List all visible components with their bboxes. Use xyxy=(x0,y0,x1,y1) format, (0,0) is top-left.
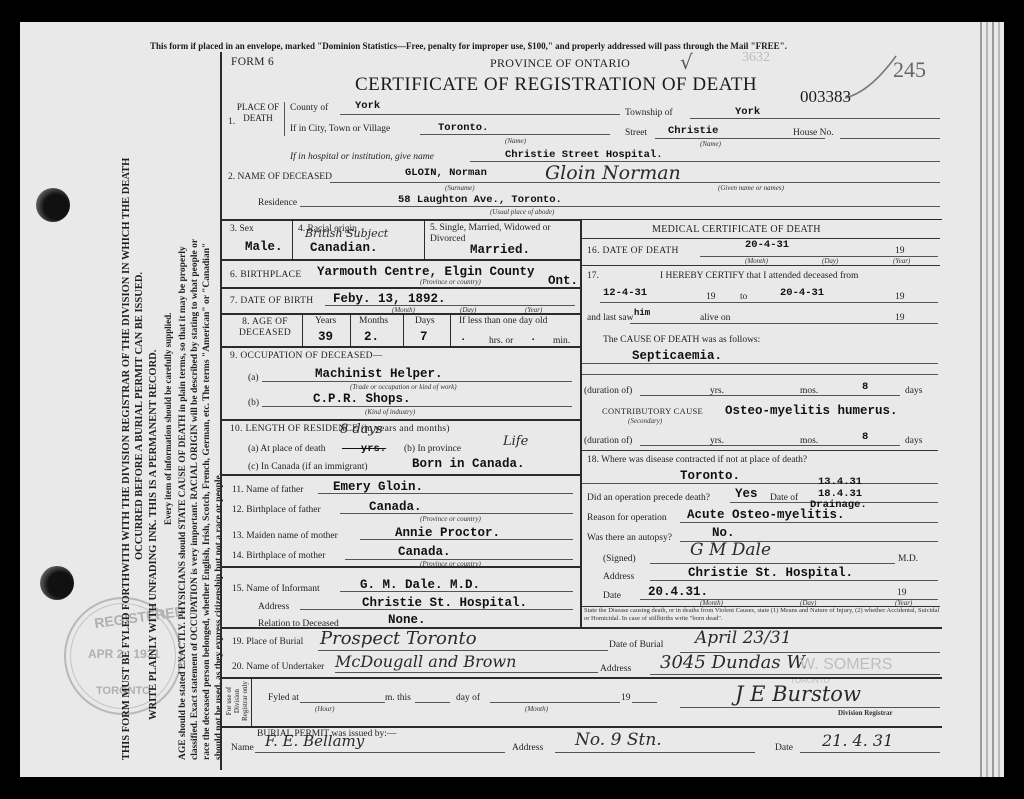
place-of-burial-label: 19. Place of Burial xyxy=(232,637,303,647)
in-province-value: Life xyxy=(503,434,528,449)
field-line xyxy=(318,650,608,651)
certify-text: I HEREBY CERTIFY that I attended decease… xyxy=(660,271,858,281)
hours-label: hrs. or xyxy=(489,336,513,346)
field-line xyxy=(340,114,620,115)
mother-birthplace-label: 14. Birthplace of mother xyxy=(232,551,325,561)
divider xyxy=(222,346,580,348)
residence-value: 58 Laughton Ave., Toronto. xyxy=(398,194,562,206)
permit-name-value: F. E. Bellamy xyxy=(265,732,364,750)
father-birthplace-value: Canada. xyxy=(369,500,422,514)
date-of-death-label: 16. DATE OF DEATH xyxy=(587,246,679,256)
registration-number: 003383 xyxy=(800,87,851,107)
operation-date-1: 13.4.31 xyxy=(818,476,862,488)
punch-hole xyxy=(36,188,70,222)
section-number: 1. xyxy=(228,117,235,127)
certificate-date-label: Date xyxy=(603,591,621,601)
last-saw-label: and last saw xyxy=(587,313,633,323)
divider xyxy=(222,677,942,679)
caption: (Name) xyxy=(700,140,721,148)
certificate-title: CERTIFICATE OF REGISTRATION OF DEATH xyxy=(355,74,757,96)
divider xyxy=(222,259,580,261)
year-prefix: 19 xyxy=(895,313,905,323)
field-line xyxy=(262,406,572,407)
undertaker-value: McDougall and Brown xyxy=(335,652,516,671)
at-place-of-death-value: 8 days xyxy=(340,422,383,437)
street-value: Christie xyxy=(668,125,718,137)
occupation-label: 9. OCCUPATION OF DECEASED— xyxy=(230,351,383,361)
field-line xyxy=(680,707,940,708)
father-name-label: 11. Name of father xyxy=(232,485,303,495)
mother-maiden-name-value: Annie Proctor. xyxy=(395,526,500,540)
year-prefix: 19 xyxy=(895,292,905,302)
divider xyxy=(222,287,580,289)
operation-reason-label: Reason for operation xyxy=(587,513,667,523)
divider xyxy=(222,474,580,476)
place-of-burial-value: Prospect Toronto xyxy=(320,628,477,649)
page-edge xyxy=(980,22,982,777)
field-line xyxy=(340,513,573,514)
caption: (Secondary) xyxy=(628,417,662,425)
cause-of-death-value: Septicaemia. xyxy=(632,349,722,363)
racial-origin-handwritten: British Subject xyxy=(305,227,388,240)
punch-hole xyxy=(40,566,74,600)
physician-address-value: Christie St. Hospital. xyxy=(688,566,853,580)
duration-label: (duration of) xyxy=(584,386,632,396)
caption: (Month) xyxy=(745,257,768,265)
months-label: Months xyxy=(359,316,388,326)
caption: (Day) xyxy=(460,306,476,314)
year-prefix: 19 xyxy=(897,588,907,598)
instruction-line: WRITE PLAINLY WITH UNFADING INK. THIS IS… xyxy=(148,350,159,720)
street-label: Street xyxy=(625,128,647,138)
father-birthplace-label: 12. Birthplace of father xyxy=(232,505,321,515)
less-than-day-label: If less than one day old xyxy=(459,316,547,326)
occupation-b-label: (b) xyxy=(248,398,259,408)
field-line xyxy=(582,483,938,484)
stamp-top-text: REGISTERED xyxy=(93,603,185,632)
divider xyxy=(222,219,582,221)
city-label: If in City, Town or Village xyxy=(290,124,390,134)
deceased-name-handwritten: Gloin Norman xyxy=(545,162,681,184)
in-canada-value: Born in Canada. xyxy=(412,457,525,471)
caption: (Trade or occupation or kind of work) xyxy=(350,383,457,391)
md-label: M.D. xyxy=(898,554,918,564)
city-value: Toronto. xyxy=(438,122,488,134)
house-number-label: House No. xyxy=(793,128,834,138)
field-line xyxy=(340,591,573,592)
field-line xyxy=(300,206,940,207)
operation-value: Yes xyxy=(735,487,758,501)
province-heading: PROVINCE OF ONTARIO xyxy=(490,56,630,71)
birthplace-value: Yarmouth Centre, Elgin County xyxy=(317,265,535,279)
field-line xyxy=(640,599,938,600)
caption: (Province or country) xyxy=(420,560,481,568)
sex-value: Male. xyxy=(245,240,283,254)
instruction-note: State the Disease causing death, or in d… xyxy=(584,607,940,622)
sex-label: 3. Sex xyxy=(230,224,254,234)
page-edge xyxy=(998,22,1000,777)
permit-date-value: 21. 4. 31 xyxy=(822,731,893,750)
registrar-only-label: For use of Division Registrar only xyxy=(225,678,249,724)
township-value: York xyxy=(735,106,760,118)
informant-address-value: Christie St. Hospital. xyxy=(362,596,527,610)
township-label: Township of xyxy=(625,108,673,118)
caption: (Hour) xyxy=(315,705,334,713)
days-label: Days xyxy=(415,316,435,326)
days-label: days xyxy=(905,386,922,396)
field-line xyxy=(300,609,573,610)
divider xyxy=(222,726,942,728)
divider xyxy=(582,219,942,220)
field-line xyxy=(582,374,938,375)
county-label: County of xyxy=(290,103,328,113)
date-of-birth-label: 7. DATE OF BIRTH xyxy=(230,296,313,306)
in-canada-label: (c) In Canada (if an immigrant) xyxy=(248,462,368,472)
hours-value: . xyxy=(460,332,466,344)
caption: (Name) xyxy=(505,137,526,145)
undertaker-address-label: Address xyxy=(600,664,631,674)
attended-from-value: 12-4-31 xyxy=(603,287,647,299)
occupation-industry-value: C.P.R. Shops. xyxy=(313,392,411,406)
field-line xyxy=(335,672,598,673)
bracket xyxy=(284,102,285,136)
attended-to-value: 20-4-31 xyxy=(780,287,824,299)
disease-contracted-value: Toronto. xyxy=(680,469,740,483)
name-of-deceased-label: 2. NAME OF DECEASED xyxy=(228,172,332,182)
hospital-value: Christie Street Hospital. xyxy=(505,149,663,161)
informant-address-label: Address xyxy=(258,602,289,612)
age-label: 8. AGE OF DECEASED xyxy=(230,317,300,339)
occupation-trade-value: Machinist Helper. xyxy=(315,367,443,381)
cell-divider xyxy=(350,313,351,346)
mother-maiden-name-label: 13. Maiden name of mother xyxy=(232,531,338,541)
undertaker-label: 20. Name of Undertaker xyxy=(232,662,324,672)
field-line xyxy=(318,493,573,494)
year-prefix: 19 xyxy=(706,292,716,302)
age-years-value: 39 xyxy=(318,330,333,344)
contributory-cause-value: Osteo-myelitis humerus. xyxy=(725,404,898,418)
date-of-burial-value: April 23/31 xyxy=(695,628,792,648)
year-prefix: 19 xyxy=(895,246,905,256)
date-of-death-value: 20-4-31 xyxy=(745,239,789,251)
cell-divider xyxy=(450,313,451,346)
undertaker-address-value: 3045 Dundas W. xyxy=(660,652,807,673)
divider xyxy=(222,419,580,421)
physician-address-label: Address xyxy=(603,572,634,582)
field-line xyxy=(415,702,450,703)
field-line xyxy=(632,702,657,703)
field-line xyxy=(360,539,573,540)
field-line xyxy=(262,381,572,382)
autopsy-label: Was there an autopsy? xyxy=(587,533,672,543)
permit-address-value: No. 9 Stn. xyxy=(575,730,662,750)
checkmark-icon: √ xyxy=(680,50,693,74)
year-prefix: 19 xyxy=(621,693,631,703)
occupation-a-label: (a) xyxy=(248,373,259,383)
caption: (Year) xyxy=(893,257,910,265)
contributory-duration-days: 8 xyxy=(862,431,868,443)
caption: (Month) xyxy=(392,306,415,314)
residence-label: Residence xyxy=(258,198,297,208)
cell-divider xyxy=(424,219,425,259)
at-place-of-death-label: (a) At place of death xyxy=(248,444,326,454)
field-line xyxy=(300,702,385,703)
instruction-line: THIS FORM MUST BE FYLED FORTHWITH WITH T… xyxy=(121,158,132,760)
hospital-label: If in hospital or institution, give name xyxy=(290,152,434,162)
cause-of-death-label: The CAUSE OF DEATH was as follows: xyxy=(603,335,760,345)
day-of-label: day of xyxy=(456,693,480,703)
years-label: Years xyxy=(315,316,336,326)
place-of-death-label: PLACE OF DEATH xyxy=(236,102,280,124)
physician-signature: G M Dale xyxy=(690,540,771,560)
medical-certificate-title: MEDICAL CERTIFICATE OF DEATH xyxy=(652,224,821,235)
field-line xyxy=(690,118,940,119)
stamped-number: 3632 xyxy=(742,50,770,66)
permit-date-label: Date xyxy=(775,743,793,753)
father-name-value: Emery Gloin. xyxy=(333,480,423,494)
field-line xyxy=(680,522,938,523)
fyled-at-label: Fyled at xyxy=(268,693,299,703)
in-province-label: (b) In province xyxy=(404,444,461,454)
contributory-cause-label: CONTRIBUTORY CAUSE xyxy=(602,406,703,416)
birthplace-label: 6. BIRTHPLACE xyxy=(230,270,301,280)
instruction-line: should not be used, as they express citi… xyxy=(214,473,224,760)
marital-status-value: Married. xyxy=(470,243,530,257)
division-registrar-label: Division Registrar xyxy=(838,709,893,717)
age-days-value: 7 xyxy=(420,330,428,344)
caption: (Surname) xyxy=(445,184,475,192)
duration-label: (duration of) xyxy=(584,436,632,446)
caption: (Usual place of abode) xyxy=(490,208,554,216)
column-divider xyxy=(580,219,582,627)
relation-value: None. xyxy=(388,613,426,627)
cell-divider xyxy=(251,677,252,727)
field-line xyxy=(470,161,940,162)
to-label: to xyxy=(740,292,747,302)
county-value: York xyxy=(355,100,380,112)
field-line xyxy=(650,674,940,675)
field-line xyxy=(255,752,505,753)
birthplace-value-province: Ont. xyxy=(548,274,578,288)
cell-divider xyxy=(302,313,303,346)
field-line xyxy=(630,323,938,324)
field-line xyxy=(640,395,900,396)
registrar-signature: J E Burstow xyxy=(735,682,861,706)
field-line xyxy=(600,302,938,303)
date-of-birth-value: Feby. 13, 1892. xyxy=(333,292,446,306)
field-line xyxy=(555,752,755,753)
permit-address-label: Address xyxy=(512,743,543,753)
certificate-date-value: 20.4.31. xyxy=(648,585,708,599)
registrar-stamp: W. SOMERS xyxy=(800,656,892,674)
alive-on-label: alive on xyxy=(700,313,730,323)
caption: (Day) xyxy=(822,257,838,265)
disease-contracted-label: 18. Where was disease contracted if not … xyxy=(587,455,807,465)
caption: (Kind of industry) xyxy=(365,408,415,416)
section-number: 17. xyxy=(587,271,599,281)
m-this-label: m. this xyxy=(385,693,411,703)
minutes-label: min. xyxy=(553,336,570,346)
page-edge xyxy=(992,22,994,777)
operation-label: Did an operation precede death? xyxy=(587,493,710,503)
caption: (Province or country) xyxy=(420,278,481,286)
autopsy-value: No. xyxy=(712,526,735,540)
form-number: FORM 6 xyxy=(231,56,274,68)
field-line xyxy=(330,182,940,183)
caption: (Given name or names) xyxy=(718,184,784,192)
divider xyxy=(582,450,938,451)
cell-divider xyxy=(403,313,404,346)
instruction-line: classified. Exact statement of OCCUPATIO… xyxy=(190,239,200,760)
field-line xyxy=(640,445,900,446)
cell-divider xyxy=(292,219,293,259)
divider xyxy=(222,566,580,568)
field-line xyxy=(655,138,825,139)
days-label: days xyxy=(905,436,922,446)
caption: (Year) xyxy=(525,306,542,314)
mother-birthplace-value: Canada. xyxy=(398,545,451,559)
field-line xyxy=(650,563,895,564)
field-line xyxy=(800,752,940,753)
caption: (Province or country) xyxy=(420,515,481,523)
cause-duration-days: 8 xyxy=(862,381,868,393)
permit-name-label: Name xyxy=(231,743,254,753)
instruction-line: Every item of information should be care… xyxy=(163,313,173,525)
field-line xyxy=(420,134,610,135)
marital-status-label: 5. Single, Married, Widowed or Divorced xyxy=(430,223,576,245)
field-line xyxy=(840,138,940,139)
struck-text: —— yrs. xyxy=(342,443,386,455)
instruction-line: race the deceased person belonged, wheth… xyxy=(202,243,212,760)
informant-value: G. M. Dale. M.D. xyxy=(360,578,480,592)
page-edge xyxy=(986,22,988,777)
minutes-value: . xyxy=(530,332,536,344)
form-left-border xyxy=(220,52,222,770)
age-months-value: 2. xyxy=(364,330,379,344)
racial-origin-value: Canadian. xyxy=(310,241,378,255)
operation-reason-value: Acute Osteo-myelitis. xyxy=(687,508,845,522)
field-line xyxy=(490,702,620,703)
informant-label: 15. Name of Informant xyxy=(232,584,320,594)
deceased-name-typed: GLOIN, Norman xyxy=(405,167,487,179)
last-saw-value: him xyxy=(634,308,650,318)
instruction-line: OCCURRED BEFORE A BURIAL PERMIT CAN BE I… xyxy=(134,272,145,560)
signed-label: (Signed) xyxy=(603,554,636,564)
field-line xyxy=(582,363,938,364)
date-of-burial-label: Date of Burial xyxy=(609,640,663,650)
divider xyxy=(582,265,940,266)
instruction-line: AGE should be stated EXACTLY. PHYSICIANS… xyxy=(178,246,188,760)
caption: (Month) xyxy=(525,705,548,713)
field-line xyxy=(650,580,938,581)
